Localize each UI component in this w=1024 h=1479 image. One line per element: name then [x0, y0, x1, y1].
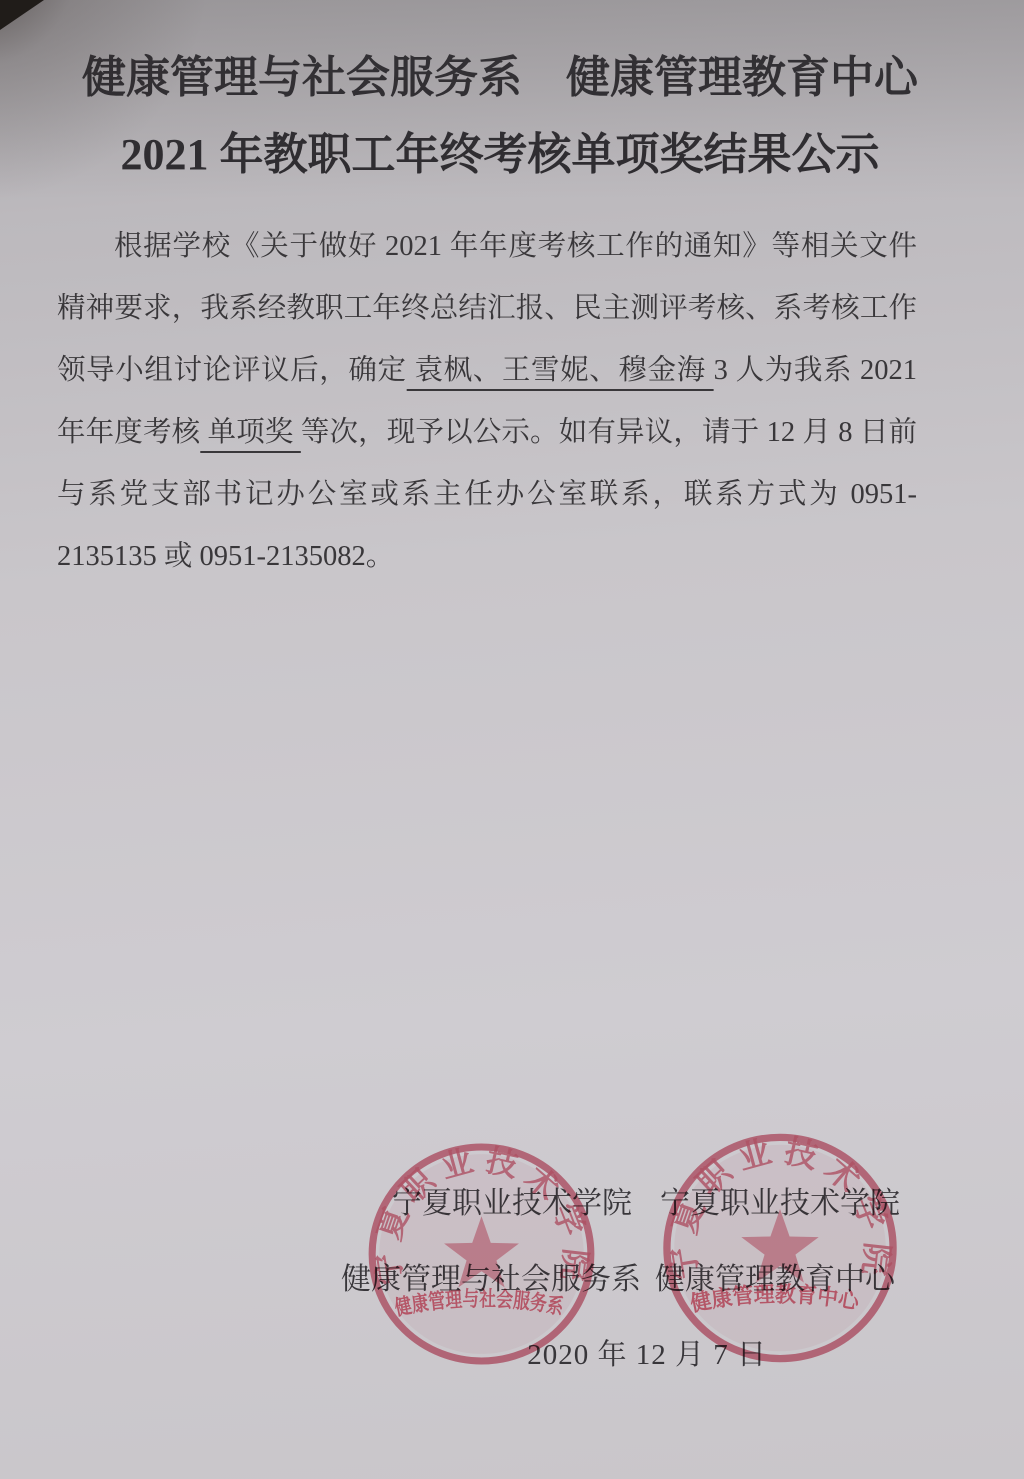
- institution-left: 宁夏职业技术学院: [392, 1187, 632, 1220]
- signature-line-departments: 健康管理与社会服务系健康管理教育中心: [0, 1254, 895, 1298]
- department-left: 健康管理与社会服务系: [341, 1263, 641, 1296]
- awardee-names-underlined: 袁枫、王雪妮、穆金海: [407, 355, 714, 386]
- scanned-announcement-page: 健康管理与社会服务系 健康管理教育中心 2021 年教职工年终考核单项奖结果公示…: [0, 0, 1024, 1479]
- signature-line-institutions: 宁夏职业技术学院宁夏职业技术学院: [0, 1178, 900, 1222]
- announcement-paragraph: 根据学校《关于做好 2021 年年度考核工作的通知》等相关文件精神要求，我系经教…: [57, 216, 917, 588]
- institution-right: 宁夏职业技术学院: [660, 1187, 900, 1220]
- seal-ring: [667, 1137, 893, 1358]
- seal-inner-wash: [674, 1145, 885, 1352]
- title-line1: 健康管理与社会服务系 健康管理教育中心: [0, 0, 1000, 105]
- award-type-underlined: 单项奖: [200, 417, 301, 448]
- signature-date: 2020 年 12 月 7 日: [0, 1332, 767, 1373]
- department-right: 健康管理教育中心: [655, 1263, 895, 1296]
- title-line2: 2021 年教职工年终考核单项奖结果公示: [0, 127, 1000, 182]
- scan-corner-artifact: [0, 0, 44, 30]
